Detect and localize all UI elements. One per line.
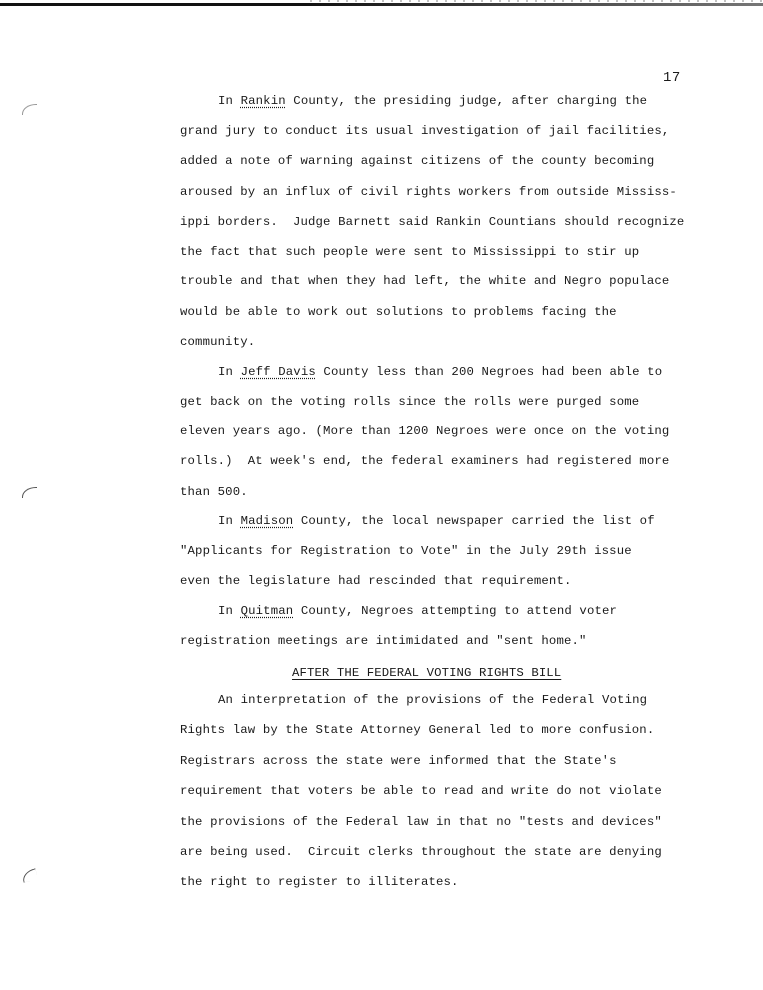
paragraph-quitman-line: In Quitman County, Negroes attempting to… bbox=[218, 603, 617, 619]
paragraph-interpretation-line: are being used. Circuit clerks throughou… bbox=[180, 844, 662, 860]
paragraph-interpretation-line: the provisions of the Federal law in tha… bbox=[180, 814, 662, 830]
section-heading: AFTER THE FEDERAL VOTING RIGHTS BILL bbox=[292, 665, 561, 681]
paragraph-madison-line: even the legislature had rescinded that … bbox=[180, 573, 572, 589]
text-run: In bbox=[218, 94, 241, 108]
text-run: County less than 200 Negroes had been ab… bbox=[316, 365, 662, 379]
paragraph-rankin-line: aroused by an influx of civil rights wor… bbox=[180, 184, 677, 200]
paragraph-interpretation-line: Rights law by the State Attorney General… bbox=[180, 722, 654, 738]
paragraph-rankin-line: trouble and that when they had left, the… bbox=[180, 273, 669, 289]
text-run: In bbox=[218, 604, 241, 618]
county-name-rankin: Rankin bbox=[241, 94, 286, 108]
paragraph-jeff-davis-line: rolls.) At week's end, the federal exami… bbox=[180, 453, 669, 469]
margin-mark-icon bbox=[22, 487, 37, 498]
margin-mark-icon bbox=[22, 104, 37, 115]
paragraph-interpretation-line: the right to register to illiterates. bbox=[180, 874, 459, 890]
paragraph-rankin-line: grand jury to conduct its usual investig… bbox=[180, 123, 669, 139]
text-run: In bbox=[218, 365, 241, 379]
scan-top-border-noise bbox=[310, 0, 763, 2]
page-number: 17 bbox=[663, 70, 681, 86]
paragraph-jeff-davis-line: In Jeff Davis County less than 200 Negro… bbox=[218, 364, 662, 380]
paragraph-madison-line: In Madison County, the local newspaper c… bbox=[218, 513, 655, 529]
paragraph-rankin-line: would be able to work out solutions to p… bbox=[180, 304, 617, 320]
paragraph-interpretation-line: An interpretation of the provisions of t… bbox=[218, 692, 647, 708]
paragraph-rankin-line: community. bbox=[180, 334, 255, 350]
text-run: County, the presiding judge, after charg… bbox=[286, 94, 647, 108]
paragraph-rankin-line: In Rankin County, the presiding judge, a… bbox=[218, 93, 647, 109]
paragraph-rankin-line: added a note of warning against citizens… bbox=[180, 153, 654, 169]
text-run: County, the local newspaper carried the … bbox=[293, 514, 654, 528]
paragraph-quitman-line: registration meetings are intimidated an… bbox=[180, 633, 587, 649]
text-run: In bbox=[218, 514, 241, 528]
scan-top-border bbox=[0, 3, 763, 6]
county-name-jeff-davis: Jeff Davis bbox=[241, 365, 316, 379]
paragraph-madison-line: "Applicants for Registration to Vote" in… bbox=[180, 543, 632, 559]
paragraph-rankin-line: ippi borders. Judge Barnett said Rankin … bbox=[180, 214, 684, 230]
paragraph-interpretation-line: Registrars across the state were informe… bbox=[180, 753, 617, 769]
county-name-madison: Madison bbox=[241, 514, 294, 528]
paragraph-jeff-davis-line: than 500. bbox=[180, 484, 248, 500]
paragraph-jeff-davis-line: eleven years ago. (More than 1200 Negroe… bbox=[180, 423, 669, 439]
margin-mark-icon bbox=[21, 868, 38, 883]
paragraph-jeff-davis-line: get back on the voting rolls since the r… bbox=[180, 394, 639, 410]
county-name-quitman: Quitman bbox=[241, 604, 294, 618]
paragraph-interpretation-line: requirement that voters be able to read … bbox=[180, 783, 662, 799]
paragraph-rankin-line: the fact that such people were sent to M… bbox=[180, 244, 639, 260]
text-run: County, Negroes attempting to attend vot… bbox=[293, 604, 617, 618]
